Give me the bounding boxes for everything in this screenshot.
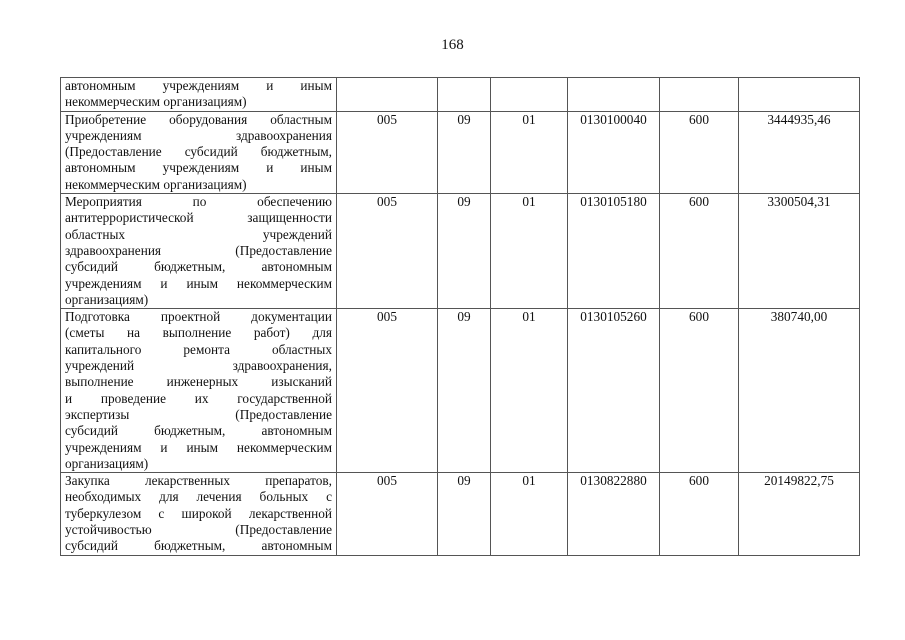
description-line: (сметы на выполнение работ) для xyxy=(65,325,332,341)
description-line: автономным учреждениям и иным xyxy=(65,78,332,94)
ministry-code-cell: 005 xyxy=(337,473,438,555)
description-line: некоммерческим организациям) xyxy=(65,177,332,193)
description-line: учреждениям и иным некоммерческим xyxy=(65,440,332,456)
description-line: областных учреждений xyxy=(65,227,332,243)
description-line: автономным учреждениям и иным xyxy=(65,160,332,176)
section-code-cell: 09 xyxy=(438,194,491,309)
subsection-code-cell xyxy=(491,78,568,112)
description-line: туберкулезом с широкой лекарственной xyxy=(65,506,332,522)
description-cell: Приобретение оборудования областнымучреж… xyxy=(61,111,337,193)
subsection-code-cell: 01 xyxy=(491,194,568,309)
description-line: субсидий бюджетным, автономным xyxy=(65,423,332,439)
description-line: учреждений здравоохранения, xyxy=(65,358,332,374)
ministry-code-cell: 005 xyxy=(337,309,438,473)
budget-table-body: автономным учреждениям и инымнекоммерчес… xyxy=(61,78,860,556)
expense-type-cell: 600 xyxy=(660,111,739,193)
description-line: Закупка лекарственных препаратов, xyxy=(65,473,332,489)
description-line: выполнение инженерных изысканий xyxy=(65,374,332,390)
description-line: и проведение их государственной xyxy=(65,391,332,407)
description-line: Приобретение оборудования областным xyxy=(65,112,332,128)
table-row: Подготовка проектной документации(сметы … xyxy=(61,309,860,473)
table-row: Закупка лекарственных препаратов,необход… xyxy=(61,473,860,555)
budget-table: автономным учреждениям и инымнекоммерчес… xyxy=(60,77,860,556)
ministry-code-cell: 005 xyxy=(337,111,438,193)
target-article-cell xyxy=(568,78,660,112)
amount-cell: 20149822,75 xyxy=(739,473,860,555)
description-line: организациям) xyxy=(65,456,332,472)
amount-cell: 3300504,31 xyxy=(739,194,860,309)
description-line: организациям) xyxy=(65,292,332,308)
ministry-code-cell: 005 xyxy=(337,194,438,309)
table-row: Приобретение оборудования областнымучреж… xyxy=(61,111,860,193)
table-row: Мероприятия по обеспечениюантитеррористи… xyxy=(61,194,860,309)
target-article-cell: 0130822880 xyxy=(568,473,660,555)
target-article-cell: 0130105180 xyxy=(568,194,660,309)
expense-type-cell: 600 xyxy=(660,473,739,555)
subsection-code-cell: 01 xyxy=(491,111,568,193)
description-line: субсидий бюджетным, автономным xyxy=(65,538,332,554)
amount-cell: 3444935,46 xyxy=(739,111,860,193)
description-cell: Подготовка проектной документации(сметы … xyxy=(61,309,337,473)
subsection-code-cell: 01 xyxy=(491,309,568,473)
ministry-code-cell xyxy=(337,78,438,112)
description-line: антитеррористической защищенности xyxy=(65,210,332,226)
page-number: 168 xyxy=(0,37,905,54)
description-line: учреждениям здравоохранения xyxy=(65,128,332,144)
section-code-cell: 09 xyxy=(438,111,491,193)
description-line: субсидий бюджетным, автономным xyxy=(65,259,332,275)
description-cell: автономным учреждениям и инымнекоммерчес… xyxy=(61,78,337,112)
section-code-cell xyxy=(438,78,491,112)
description-line: устойчивостью (Предоставление xyxy=(65,522,332,538)
target-article-cell: 0130100040 xyxy=(568,111,660,193)
section-code-cell: 09 xyxy=(438,309,491,473)
description-line: некоммерческим организациям) xyxy=(65,94,332,110)
description-line: (Предоставление субсидий бюджетным, xyxy=(65,144,332,160)
description-line: Мероприятия по обеспечению xyxy=(65,194,332,210)
expense-type-cell: 600 xyxy=(660,194,739,309)
description-line: Подготовка проектной документации xyxy=(65,309,332,325)
description-cell: Мероприятия по обеспечениюантитеррористи… xyxy=(61,194,337,309)
description-line: учреждениям и иным некоммерческим xyxy=(65,276,332,292)
description-cell: Закупка лекарственных препаратов,необход… xyxy=(61,473,337,555)
description-line: капитального ремонта областных xyxy=(65,342,332,358)
table-row: автономным учреждениям и инымнекоммерчес… xyxy=(61,78,860,112)
amount-cell: 380740,00 xyxy=(739,309,860,473)
expense-type-cell: 600 xyxy=(660,309,739,473)
amount-cell xyxy=(739,78,860,112)
description-line: необходимых для лечения больных с xyxy=(65,489,332,505)
description-line: экспертизы (Предоставление xyxy=(65,407,332,423)
subsection-code-cell: 01 xyxy=(491,473,568,555)
expense-type-cell xyxy=(660,78,739,112)
target-article-cell: 0130105260 xyxy=(568,309,660,473)
section-code-cell: 09 xyxy=(438,473,491,555)
description-line: здравоохранения (Предоставление xyxy=(65,243,332,259)
